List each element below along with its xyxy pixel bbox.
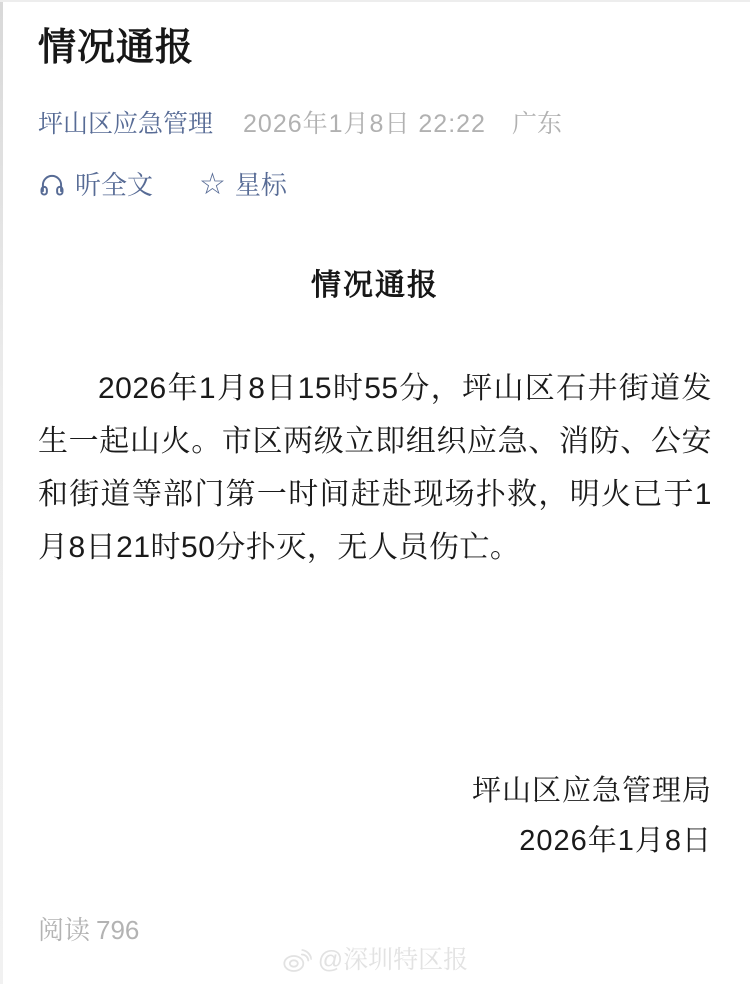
page-title: 情况通报 (38, 0, 712, 72)
top-edge-artifact (0, 0, 750, 2)
publish-location: 广东 (512, 108, 562, 140)
article-content: 情况通报 坪山区应急管理 2026年1月8日 22:22 广东 听全文 ☆ 星标 (0, 0, 750, 948)
signature-date: 2026年1月8日 (38, 816, 712, 866)
account-name-link[interactable]: 坪山区应急管理 (38, 108, 213, 140)
article-page: 情况通报 坪山区应急管理 2026年1月8日 22:22 广东 听全文 ☆ 星标 (0, 0, 750, 984)
left-edge-artifact (0, 0, 3, 984)
read-count-label: 阅读 (38, 915, 90, 945)
article-body-title: 情况通报 (38, 266, 712, 306)
watermark-text: @深圳特区报 (318, 944, 468, 976)
article-meta-row: 坪山区应急管理 2026年1月8日 22:22 广东 (38, 108, 712, 140)
publish-time: 2026年1月8日 22:22 (243, 108, 486, 140)
read-count-value: 796 (96, 915, 139, 945)
star-button[interactable]: ☆ 星标 (199, 168, 287, 202)
listen-full-text-label: 听全文 (75, 168, 153, 202)
star-label: 星标 (235, 168, 287, 202)
listen-full-text-button[interactable]: 听全文 (38, 168, 153, 202)
article-action-row: 听全文 ☆ 星标 (38, 168, 712, 202)
signature-block: 坪山区应急管理局 2026年1月8日 (38, 766, 712, 866)
signature-name: 坪山区应急管理局 (38, 766, 712, 816)
headphones-icon (38, 171, 66, 199)
weibo-icon (282, 947, 312, 973)
source-watermark: @深圳特区报 (282, 944, 468, 976)
article-body-paragraph: 2026年1月8日15时55分，坪山区石井街道发生一起山火。市区两级立即组织应急… (38, 362, 712, 574)
read-count-row: 阅读796 (38, 912, 712, 948)
star-icon: ☆ (199, 170, 226, 200)
